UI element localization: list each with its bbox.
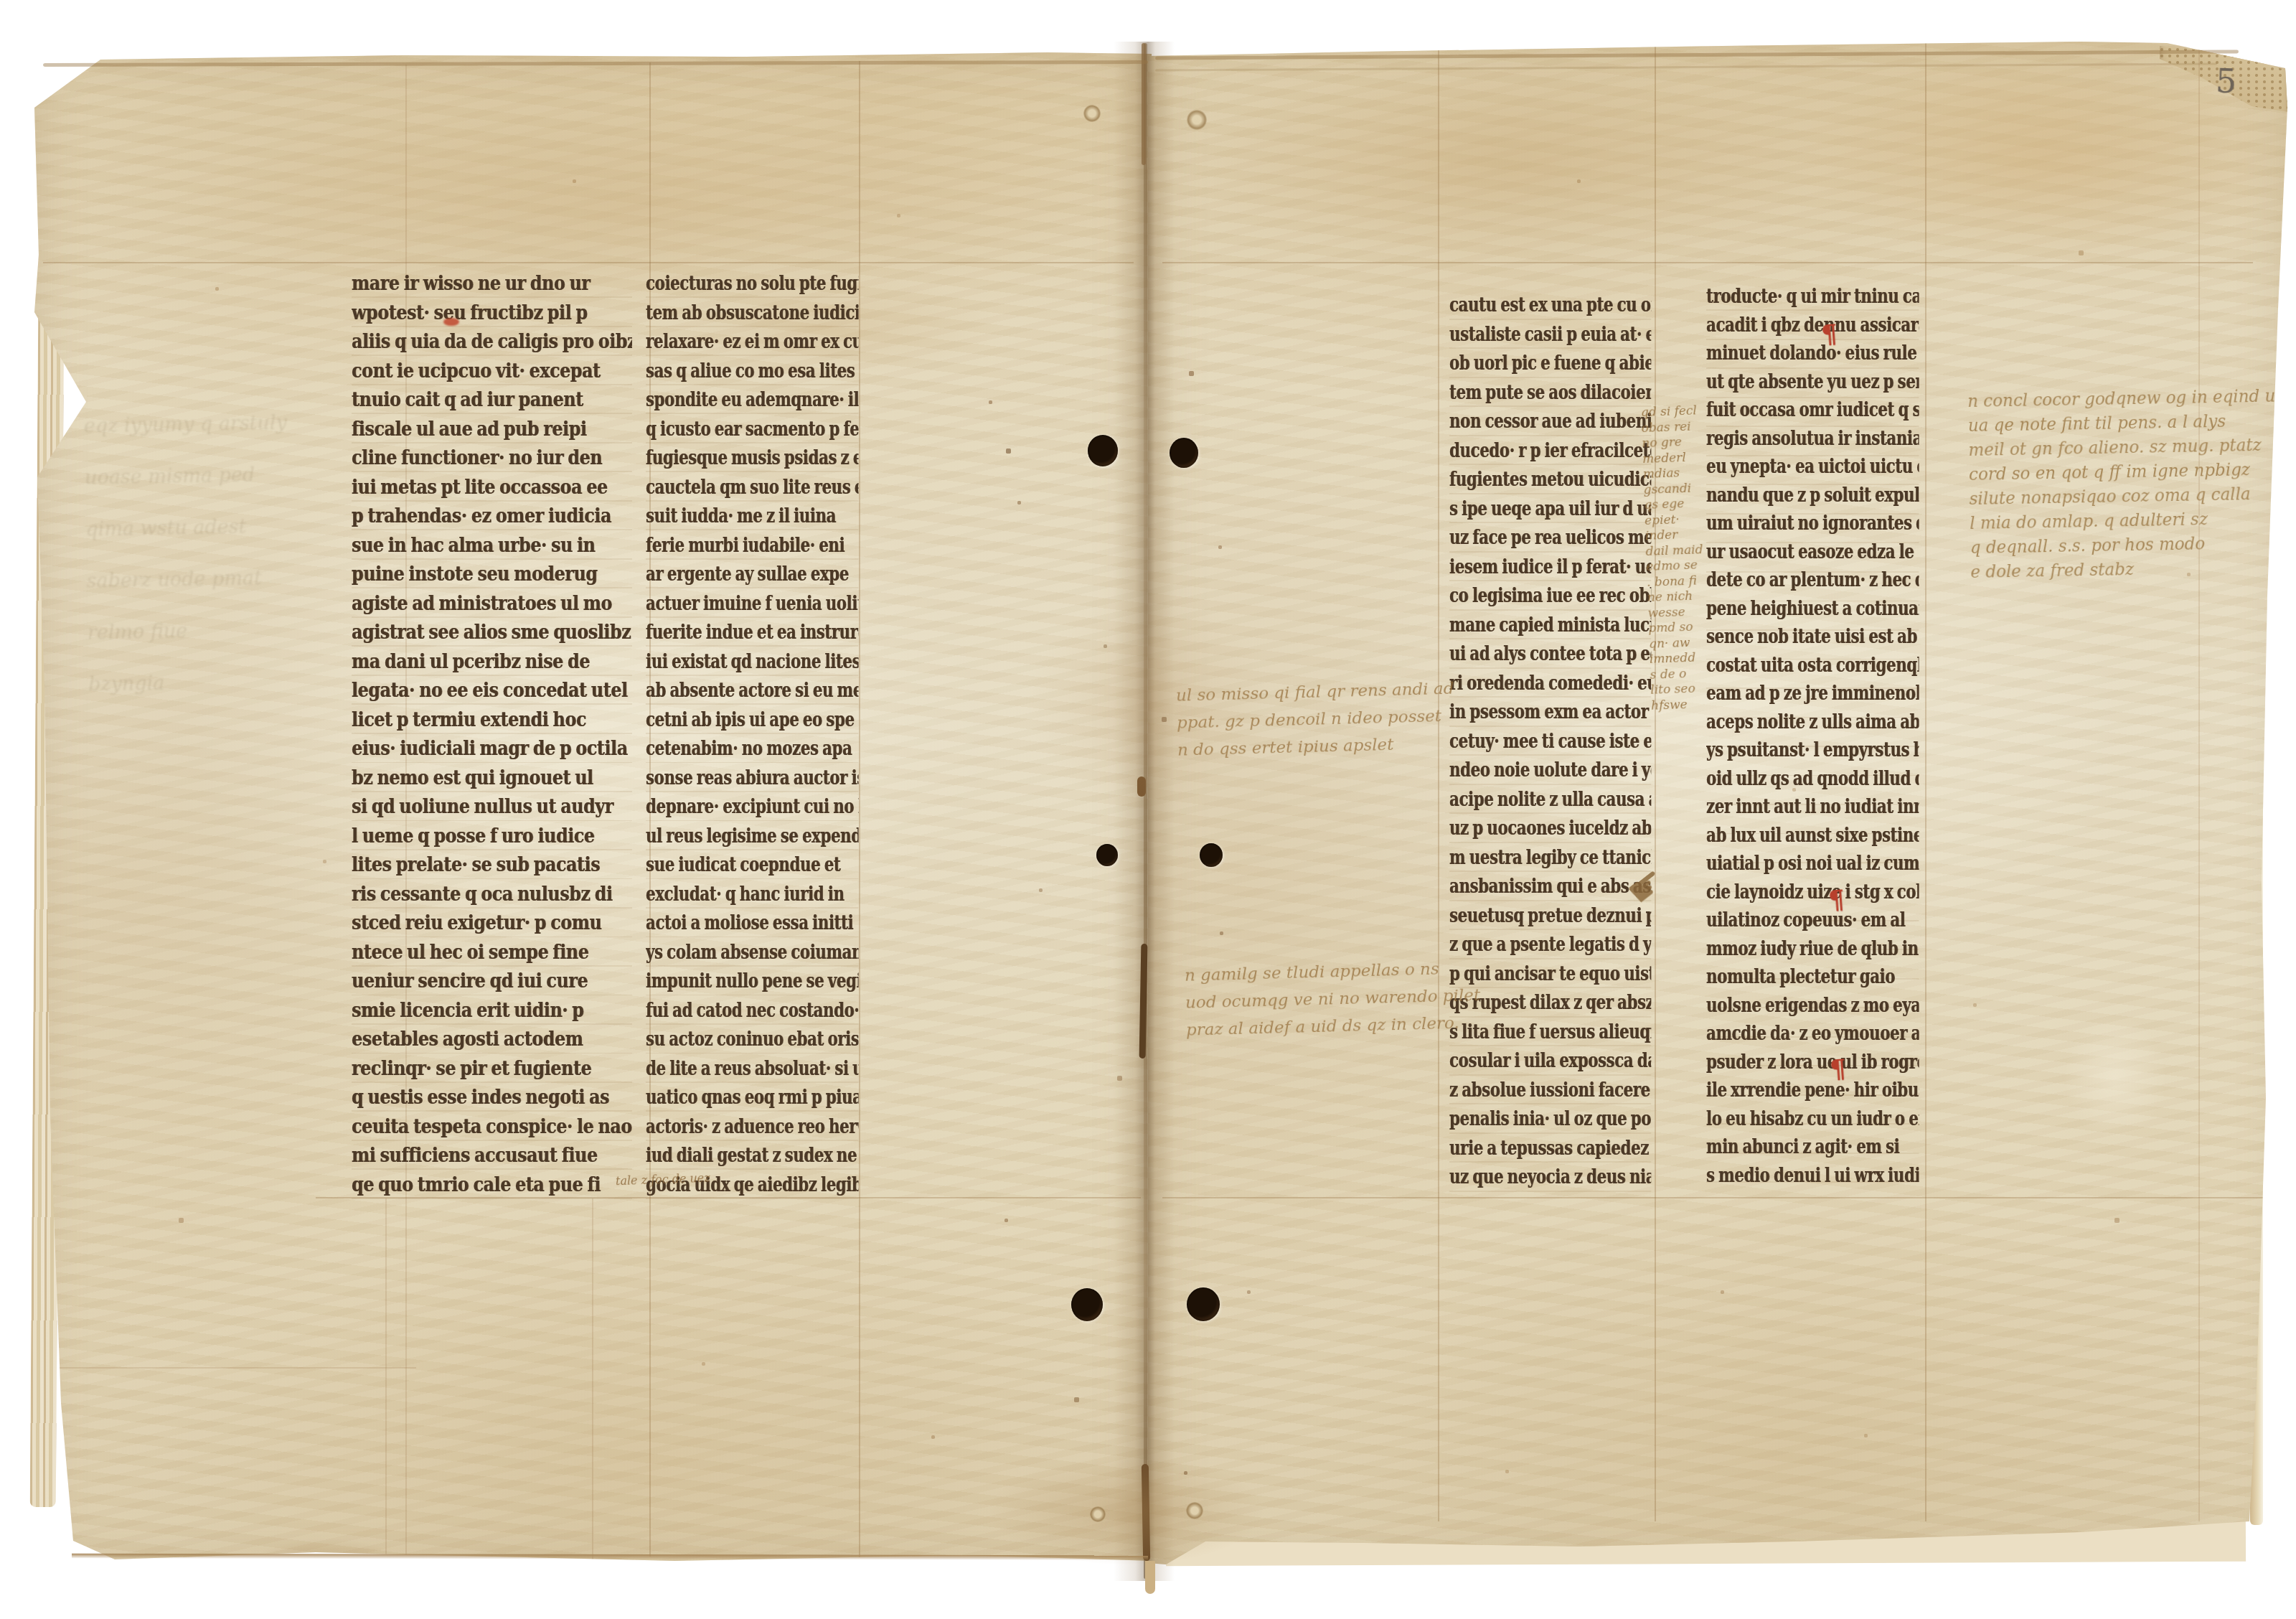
parchment-specks bbox=[0, 0, 1, 1]
text-line: su actoz coninuo ebat oris bbox=[646, 1025, 858, 1054]
text-line: fui ad catod nec costando· bbox=[646, 996, 858, 1026]
text-line: z absolue iussioni facere bbox=[1449, 1076, 1651, 1105]
text-line: ul reus legisime se expendi bbox=[646, 822, 858, 851]
text-line: ceuita tespeta conspice· le nao bbox=[352, 1112, 632, 1142]
text-line: um uiraiut no ignorantes qe bbox=[1706, 509, 1919, 538]
text-line: pene heighiuest a cotinuand ab bbox=[1706, 594, 1919, 623]
text-line: actuer imuine f uenia uolit bbox=[646, 589, 858, 619]
text-line: co legisima iue ee rec oblic bbox=[1449, 581, 1651, 611]
text-line: seuetusq pretue deznui p bir bbox=[1449, 901, 1651, 931]
text-line: actoris· z aduence reo herv bbox=[646, 1112, 858, 1142]
text-line: cosular i uila expossca dace bbox=[1449, 1046, 1651, 1076]
text-line: zer innt aut li no iudiat innote bbox=[1706, 792, 1919, 821]
text-line: ueniur sencire qd iui cure bbox=[352, 967, 632, 996]
text-line: impunit nullo pene se vegie bbox=[646, 967, 858, 996]
text-line: psuder z lora ue ul ib rogre ilbin bbox=[1706, 1048, 1919, 1076]
text-line: si qd uoliune nullus ut audyr bbox=[352, 792, 632, 822]
ghost-text-line: eqz iyyumy q arstuly bbox=[83, 395, 385, 452]
ruling-line bbox=[1925, 43, 1926, 1521]
text-line: smie licencia erit uidin· p bbox=[352, 996, 632, 1026]
text-line: costat uita osta corrigenqbz bbox=[1706, 651, 1919, 680]
worm-hole bbox=[1090, 1506, 1106, 1522]
text-line: ustaliste casii p euia at· et si bbox=[1449, 320, 1651, 349]
text-line: sonse reas abiura auctor is bbox=[646, 764, 858, 793]
text-line: ri oredenda comededi· eu bbox=[1449, 669, 1651, 698]
text-line: cetni ab ipis ui ape eo spe bbox=[646, 705, 858, 735]
text-line: s ipe ueqe apa uil iur d uao bbox=[1449, 494, 1651, 524]
text-line: p qui ancisar te equo uistede bbox=[1449, 959, 1651, 989]
text-line: ris cessante q oca nulusbz di bbox=[352, 880, 632, 909]
ghost-text-line: qima wstu adest bbox=[85, 499, 387, 555]
ghost-text-line: saberz uode pmat bbox=[86, 550, 388, 607]
gutter-tail bbox=[1145, 1561, 1155, 1594]
text-line: uz face pe rea uelicos medeta bbox=[1449, 523, 1651, 553]
ruling-line bbox=[592, 1198, 593, 1572]
text-line: s lita fiue f uersus alieuqr bbox=[1449, 1018, 1651, 1047]
text-line: ar ergente ay sullae expe bbox=[646, 560, 858, 589]
ruling-line bbox=[43, 1367, 416, 1369]
text-line: eu ynepta· ea uictoi uictu ee ipe bbox=[1706, 452, 1919, 481]
text-line: l ueme q posse f uro iudice bbox=[352, 822, 632, 851]
text-line: tnuio cait q ad iur panent bbox=[352, 385, 632, 415]
text-line: ile xrrendie pene· hir oibus bbox=[1706, 1076, 1919, 1104]
text-line: cetenabim· no mozes apa bbox=[646, 734, 858, 764]
text-line: aceps nolite z ulls aima ab bbox=[1706, 708, 1919, 736]
text-line: sence nob itate uisi est ab bbox=[1706, 622, 1919, 651]
text-line: uz que neyocia z deus nia bbox=[1449, 1163, 1651, 1192]
text-line: wpotest· seu fructibz pil p bbox=[352, 299, 632, 328]
text-line: ferie murbi iudabile· eni bbox=[646, 531, 858, 560]
gutter-fold bbox=[1114, 42, 1185, 1581]
stain bbox=[1026, 596, 1270, 811]
text-line: in psessom exm ea actor ita bbox=[1449, 698, 1651, 727]
text-line: ma dani ul pceribz nise de bbox=[352, 647, 632, 677]
worm-hole bbox=[1186, 1502, 1203, 1519]
text-line: depnare· excipiunt cui no licit bbox=[646, 792, 858, 822]
text-line: minuet dolando· eius rule bbox=[1706, 339, 1919, 367]
text-line: tem pute se aos dilacoiem bbox=[1449, 378, 1651, 408]
text-line: cline functioner· no iur den bbox=[352, 444, 632, 473]
text-line: eius· iudiciali magr de p octila bbox=[352, 734, 632, 764]
text-line: ndeo noie uolute dare i yoss bbox=[1449, 756, 1651, 785]
red-rubric-mark bbox=[443, 318, 459, 326]
ruling-line bbox=[2198, 43, 2200, 1521]
text-line: oid ullz qs ad qnodd illud qum bbox=[1706, 764, 1919, 793]
text-column-3: cautu est ex una pte cu oiustaliste casi… bbox=[1449, 291, 1651, 1195]
ruling-line bbox=[1162, 262, 2253, 263]
text-line: cautu est ex una pte cu oi bbox=[1449, 291, 1651, 320]
text-line: fugiesque musis psidas z ei bbox=[646, 444, 858, 473]
text-column-2: coiecturas no solu pte fugietem ab obsus… bbox=[646, 269, 858, 1202]
text-line: licet p termiu extendi hoc bbox=[352, 705, 632, 735]
text-line: uolsne erigendas z mo eyapio bbox=[1706, 991, 1919, 1020]
ruling-line bbox=[859, 61, 860, 1557]
text-line: agistrat see alios sme quoslibz bbox=[352, 618, 632, 647]
stain bbox=[244, 1538, 409, 1606]
gutter-crease bbox=[1144, 43, 1147, 1579]
text-line: nandu que z p soluit expulsis ba bbox=[1706, 481, 1919, 510]
ghost-text-line: relmo fiue bbox=[87, 602, 389, 659]
text-line: p trahendas· ez omer iudicia bbox=[352, 502, 632, 531]
text-line: nomulta plectetur gaio bbox=[1706, 962, 1919, 991]
text-line: ur usaocut easoze edza le bbox=[1706, 538, 1919, 566]
red-paraph-icon: ¶ bbox=[1829, 1056, 1847, 1083]
text-line: tem ab obsuscatone iudicii bbox=[646, 299, 858, 328]
text-line: qe quo tmrio cale eta pue fi bbox=[352, 1170, 632, 1200]
gloss-line: praz al aidef a uid ds qz in clero. bbox=[1186, 1010, 1445, 1043]
text-line: mane capied minista lucina bbox=[1449, 611, 1651, 640]
binding-hole bbox=[1096, 844, 1118, 866]
stain bbox=[2065, 1015, 2165, 1137]
text-line: ntece ul hec oi sempe fine bbox=[352, 938, 632, 967]
text-line: sue in hac alma urbe· su in bbox=[352, 531, 632, 560]
text-line: ab absente actore si eu mehoct bbox=[646, 676, 858, 705]
ghost-text-line: bzyngia bbox=[88, 654, 390, 710]
text-line: mi sufficiens accusaut fiue bbox=[352, 1141, 632, 1170]
text-line: lites prelate· se sub pacatis bbox=[352, 850, 632, 880]
text-line: puine instote seu moderug bbox=[352, 560, 632, 589]
text-line: uatico qnas eoq rmi p piua bbox=[646, 1083, 858, 1112]
text-line: uz p uocaones iuceldz ab bbox=[1449, 814, 1651, 843]
right-page: 5 cautu est ex una pte cu oiustaliste ca… bbox=[1148, 22, 2296, 1579]
ruling-line bbox=[1438, 43, 1439, 1521]
text-line: ob uorl pic e fuene q abie bbox=[1449, 349, 1651, 378]
text-line: de lite a reus absoluat· si ue bbox=[646, 1054, 858, 1084]
ruling-line bbox=[385, 1198, 387, 1572]
text-line: iui existat qd nacione lites bbox=[646, 647, 858, 677]
text-line: bz nemo est qui ignouet ul bbox=[352, 764, 632, 793]
ghost-text-line: uoase misma ped bbox=[85, 447, 387, 504]
text-line: legata· no ee eis concedat utel bbox=[352, 676, 632, 705]
text-line: z que a psente legatis d yzqii bbox=[1449, 930, 1651, 959]
outer-margin-gloss: n concl cocor godqnew og in eqind uua qe… bbox=[1967, 384, 2274, 584]
text-line: acadit i qbz dennu assicaras bbox=[1706, 311, 1919, 339]
text-line: cauctela qm suo lite reus expo bbox=[646, 473, 858, 502]
text-line: ut qte absente yu uez p sere ur bbox=[1706, 367, 1919, 396]
text-line: sas q aliue co mo esa lites ex bbox=[646, 357, 858, 386]
stain bbox=[1184, 65, 1830, 266]
text-line: lo eu hisabz cu un iudr o ein bbox=[1706, 1104, 1919, 1133]
text-line: ab lux uil aunst sixe pstine bbox=[1706, 821, 1919, 850]
gloss-line: e dole za fred stabz bbox=[1970, 555, 2274, 584]
text-line: iesem iudice il p ferat· uer bbox=[1449, 553, 1651, 582]
text-line: ys colam absense coiumana bbox=[646, 938, 858, 967]
text-line: mmoz iudy riue de qlub in bbox=[1706, 934, 1919, 963]
ruling-line bbox=[43, 262, 1134, 263]
text-line: cont ie ucipcuo vit· excepat bbox=[352, 357, 632, 386]
stain bbox=[990, 1457, 1263, 1564]
text-column-1: mare ir wisso ne ur dno urwpotest· seu f… bbox=[352, 269, 632, 1202]
text-line: min abunci z agit· em si bbox=[1706, 1132, 1919, 1161]
binding-hole bbox=[1088, 435, 1118, 466]
ruling-line bbox=[1162, 1197, 2267, 1198]
text-line: fugientes metou uicudicasi bbox=[1449, 465, 1651, 494]
text-line: m uestra legiby ce ttanich in bbox=[1449, 843, 1651, 873]
text-line: iui metas pt lite occassoa ee bbox=[352, 473, 632, 502]
text-line: ui ad alys contee tota p ede bbox=[1449, 639, 1651, 669]
text-line: urie a tepussas capiedez ui bbox=[1449, 1134, 1651, 1163]
text-line: regis ansolutua ir instania bbox=[1706, 424, 1919, 453]
intercolumn-gloss: qd si feclobas reino gremederlmdiasgscan… bbox=[1641, 403, 1731, 714]
text-line: q uestis esse indes negoti as bbox=[352, 1083, 632, 1112]
text-line: excludat· q hanc iurid in bbox=[646, 880, 858, 909]
text-line: reclinqr· se pir et fugiente bbox=[352, 1054, 632, 1084]
text-line: relaxare· ez ei m omr ex cu bbox=[646, 327, 858, 357]
text-line: sue iudicat coepndue et bbox=[646, 850, 858, 880]
text-line: esetables agosti actodem bbox=[352, 1025, 632, 1054]
text-line: agiste ad ministratoes ul mo bbox=[352, 589, 632, 619]
text-line: amcdie da· z eo ymouoer alt bbox=[1706, 1019, 1919, 1048]
text-line: uiatial p osi noi ual iz cumatr bbox=[1706, 849, 1919, 878]
text-line: acipe nolite z ulla causa ab bbox=[1449, 785, 1651, 815]
stain bbox=[172, 111, 1105, 305]
red-paraph-icon: ¶ bbox=[1820, 321, 1838, 348]
text-line: dete co ar plentum· z hec dealeue bbox=[1706, 566, 1919, 594]
text-line: uilatinoz copeuus· em al bbox=[1706, 906, 1919, 934]
worm-hole bbox=[1187, 110, 1207, 130]
ruling-line bbox=[1655, 43, 1656, 1521]
binding-hole bbox=[1071, 1288, 1103, 1321]
text-line: troducte· q ui mir tninu casbz bbox=[1706, 282, 1919, 311]
text-line: s medio denui l ui wrx iudicis bbox=[1706, 1161, 1919, 1190]
text-line: spondite eu ademqnare· illa bbox=[646, 385, 858, 415]
red-paraph-icon: ¶ bbox=[1827, 886, 1845, 914]
binding-hole bbox=[1170, 438, 1198, 468]
text-line: suit iudda· me z il iuina bbox=[646, 502, 858, 531]
text-line: eam ad p ze jre imminenobz bbox=[1706, 679, 1919, 708]
text-line: cie laynoidz uize i stg x cola bbox=[1706, 878, 1919, 906]
text-column-4: troducte· q ui mir tninu casbzacadit i q… bbox=[1706, 282, 1919, 1193]
folio-number: 5 bbox=[2215, 65, 2237, 98]
gutter-gloss-lower: n gamilg se tludi appellas o nsuod ocumq… bbox=[1185, 955, 1445, 1043]
binding-hole bbox=[1187, 1287, 1220, 1321]
text-line: ys psuitanst· l empyrstus het bbox=[1706, 736, 1919, 764]
ghost-offset-text: eqz iyyumy q arstulyuoase misma pedqima … bbox=[83, 395, 390, 710]
text-line: q icusto ear sacmento p fere bbox=[646, 415, 858, 444]
text-line: ducedo· r p ier efracilcetet bbox=[1449, 436, 1651, 466]
text-line: non cessor aue ad iubeni p bbox=[1449, 407, 1651, 436]
text-line: fuerite indue et ea instrure bbox=[646, 618, 858, 647]
left-page: eqz iyyumy q arstulyuoase misma pedqima … bbox=[29, 39, 1152, 1582]
text-line: fiscale ul aue ad pub reipi bbox=[352, 415, 632, 444]
text-line: mare ir wisso ne ur dno ur bbox=[352, 269, 632, 299]
text-line: actoi a moliose essa initti bbox=[646, 909, 858, 938]
text-line: penalis inia· ul oz que pose bbox=[1449, 1104, 1651, 1134]
gloss-line: hfswe bbox=[1651, 695, 1731, 713]
text-line: cetuy· mee ti cause iste eor bbox=[1449, 727, 1651, 756]
worm-hole bbox=[1083, 105, 1101, 122]
bottom-edge-shadow bbox=[72, 1554, 1148, 1561]
text-line: aliis q uia da de caligis pro oibz bbox=[352, 327, 632, 357]
manuscript-photo: eqz iyyumy q arstulyuoase misma pedqima … bbox=[0, 0, 2296, 1619]
text-line: coiecturas no solu pte fugie bbox=[646, 269, 858, 299]
text-line: iud diali gestat z sudex ne bbox=[646, 1141, 858, 1170]
text-line: stced reiu exigetur· p comu bbox=[352, 909, 632, 938]
text-line: fuit occasa omr iudicet q sup bbox=[1706, 395, 1919, 424]
binding-hole bbox=[1200, 843, 1223, 867]
